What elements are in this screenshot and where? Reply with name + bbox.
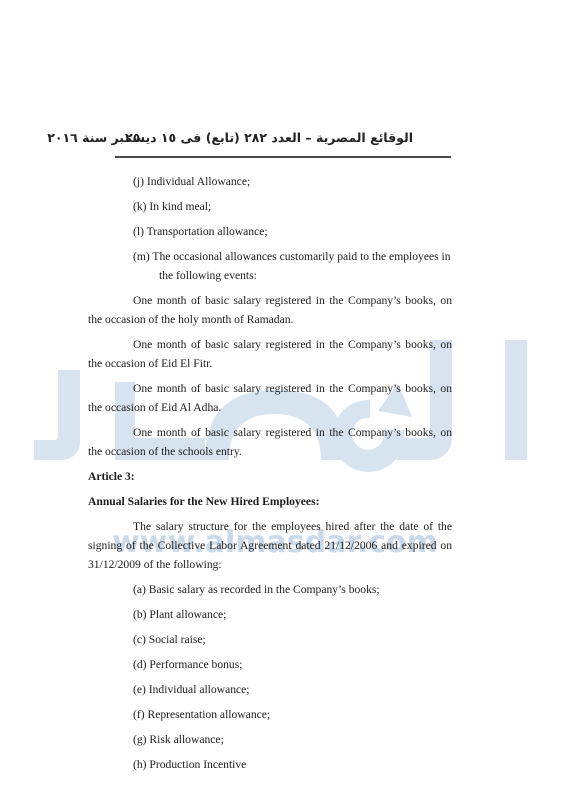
page-header: الوقائع المصرية – العدد ٢٨٢ (تابع) فى ١٥… [115, 128, 451, 150]
list-item: (f) Representation allowance; [88, 705, 452, 724]
header-rule [115, 156, 451, 158]
list-item: (g) Risk allowance; [88, 730, 452, 749]
list-item: (b) Plant allowance; [88, 605, 452, 624]
page-number: ٢٥ [125, 130, 140, 145]
gazette-title: الوقائع المصرية – العدد ٢٨٢ (تابع) فى ١٥… [47, 130, 413, 145]
list-item: (a) Basic salary as recorded in the Comp… [88, 580, 452, 599]
list-item: (c) Social raise; [88, 630, 452, 649]
document-body: (j) Individual Allowance; (k) In kind me… [88, 172, 452, 780]
paragraph: One month of basic salary registered in … [88, 291, 452, 329]
article-subheading: Annual Salaries for the New Hired Employ… [88, 492, 452, 511]
list-item: (e) Individual allowance; [88, 680, 452, 699]
paragraph: One month of basic salary registered in … [88, 335, 452, 373]
paragraph: One month of basic salary registered in … [88, 379, 452, 417]
paragraph: One month of basic salary registered in … [88, 423, 452, 461]
article-intro: The salary structure for the employees h… [88, 517, 452, 574]
list-item: (k) In kind meal; [88, 197, 452, 216]
list-item: (h) Production Incentive [88, 755, 452, 774]
list-item: (m) The occasional allowances customaril… [88, 247, 452, 285]
list-item: (l) Transportation allowance; [88, 222, 452, 241]
article-heading: Article 3: [88, 467, 452, 486]
list-item: (j) Individual Allowance; [88, 172, 452, 191]
list-item: (d) Performance bonus; [88, 655, 452, 674]
